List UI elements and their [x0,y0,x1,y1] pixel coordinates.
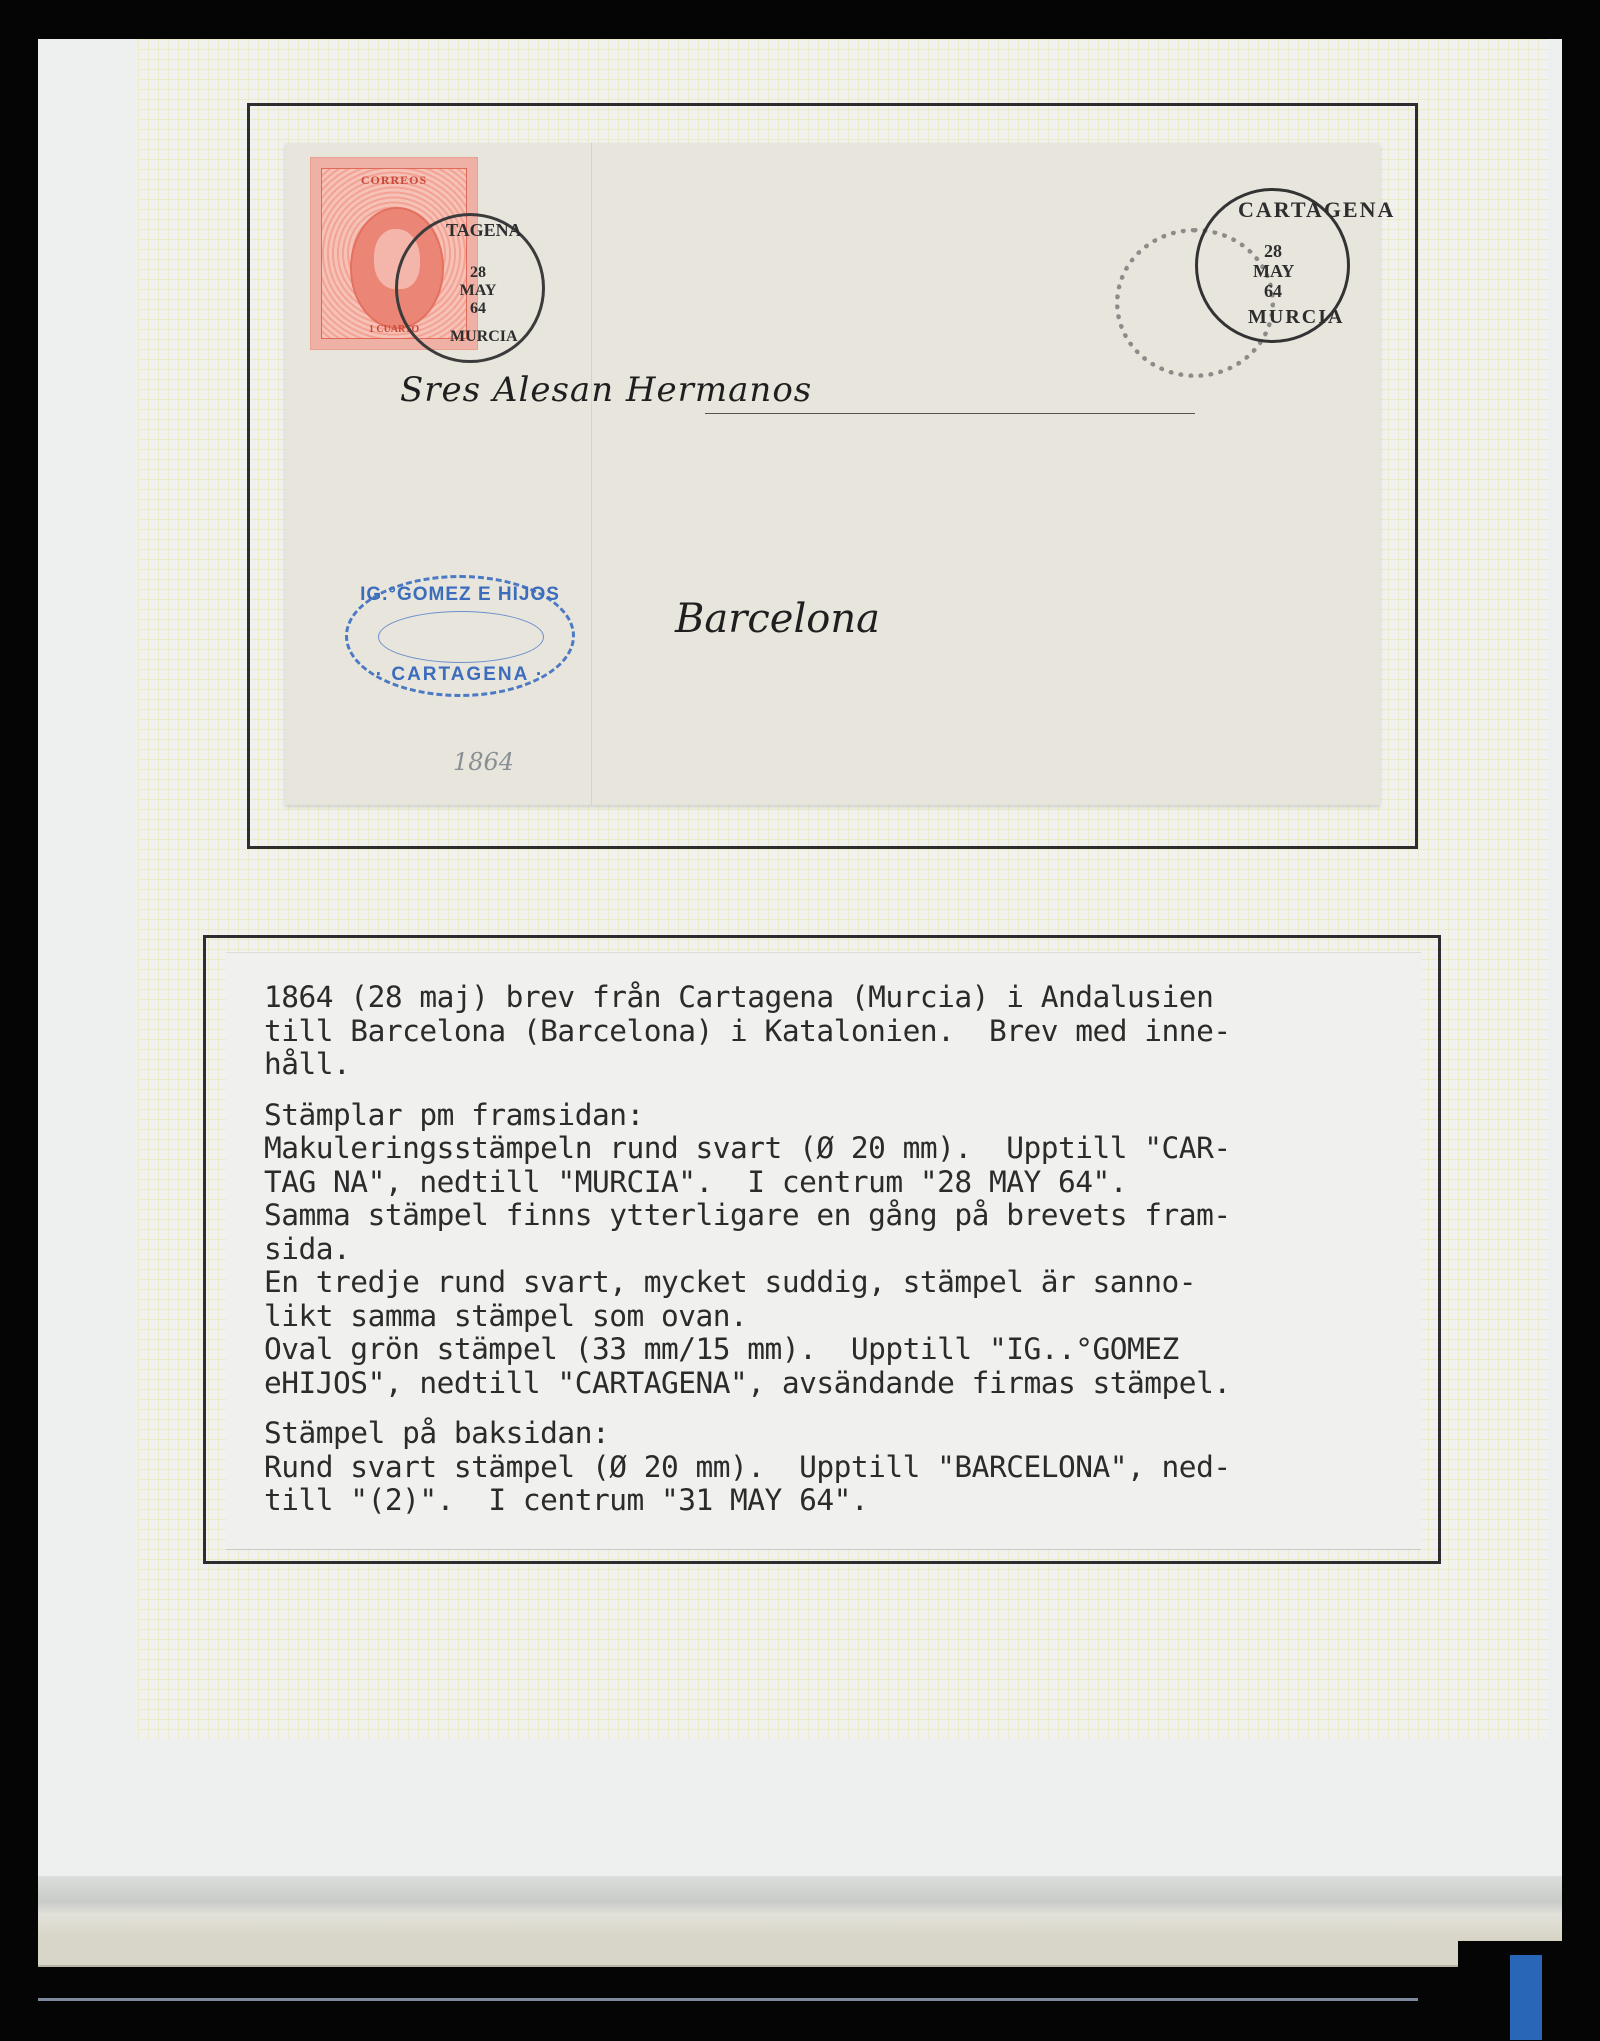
description-frame: 1864 (28 maj) brev från Cartagena (Murci… [203,935,1441,1564]
description-paper: 1864 (28 maj) brev från Cartagena (Murci… [226,952,1421,1550]
postmark-left-bottom: MURCIA [450,328,518,346]
description-line: eHIJOS", nedtill "CARTAGENA", avsändande… [264,1367,1231,1401]
typed-description: 1864 (28 maj) brev från Cartagena (Murci… [264,981,1231,1535]
description-paragraph: Stämpel på baksidan:Rund svart stämpel (… [264,1417,1231,1518]
sender-oval-stamp: IG.°GOMEZ E HIJOS · CARTAGENA · [345,575,575,697]
stamp-top-text: CORREOS [322,173,466,188]
description-line: likt samma stämpel som ovan. [264,1300,1231,1334]
sender-stamp-top: IG.°GOMEZ E HIJOS [348,584,572,606]
pencil-year-note: 1864 [453,748,514,776]
sender-stamp-bottom: · CARTAGENA · [348,664,572,686]
description-line: till "(2)". I centrum "31 MAY 64". [264,1484,1231,1518]
postmark-right: CARTAGENA 28 MAY 64 MURCIA [1195,188,1350,343]
postmark-right-top: CARTAGENA [1238,197,1395,223]
album-sheet-edges [38,1876,1562,1941]
description-line: Rund svart stämpel (Ø 20 mm). Upptill "B… [264,1451,1231,1485]
postmark-left: TAGENA 28 MAY 64 MURCIA [395,213,545,363]
description-line: till Barcelona (Barcelona) i Katalonien.… [264,1015,1231,1049]
postmark-right-date: 28 MAY 64 [1253,241,1293,301]
description-line: sida. [264,1233,1231,1267]
description-line: håll. [264,1048,1231,1082]
description-paragraph: 1864 (28 maj) brev från Cartagena (Murci… [264,981,1231,1082]
description-line: 1864 (28 maj) brev från Cartagena (Murci… [264,981,1231,1015]
description-paragraph: Stämplar pm framsidan:Makuleringsstämpel… [264,1099,1231,1401]
postmark-left-top: TAGENA [446,220,522,241]
description-line: Stämpel på baksidan: [264,1417,1231,1451]
sender-stamp-inner-ring [378,611,544,663]
postmark-right-bottom: MURCIA [1248,306,1344,329]
description-line: TAG NA", nedtill "MURCIA". I centrum "28… [264,1166,1231,1200]
handwritten-addressee: Sres Alesan Hermanos [400,370,812,410]
addressee-underline [705,413,1195,414]
description-line: Stämplar pm framsidan: [264,1099,1231,1133]
description-line: Makuleringsstämpeln rund svart (Ø 20 mm)… [264,1132,1231,1166]
envelope-fold [591,143,592,805]
postmark-left-date: 28 MAY 64 [458,264,498,318]
description-line: En tredje rund svart, mycket suddig, stä… [264,1266,1231,1300]
description-line: Samma stämpel finns ytterligare en gång … [264,1199,1231,1233]
album-binder-edge [38,1998,1418,2001]
handwritten-destination: Barcelona [675,596,880,642]
album-sheet-perforated-edge [38,1935,1458,1967]
blue-ribbon-tab [1510,1955,1542,2040]
cover-envelope: CORREOS 1 CUARTO TAGENA 28 MAY 64 MURCIA… [285,143,1380,805]
description-line: Oval grön stämpel (33 mm/15 mm). Upptill… [264,1333,1231,1367]
